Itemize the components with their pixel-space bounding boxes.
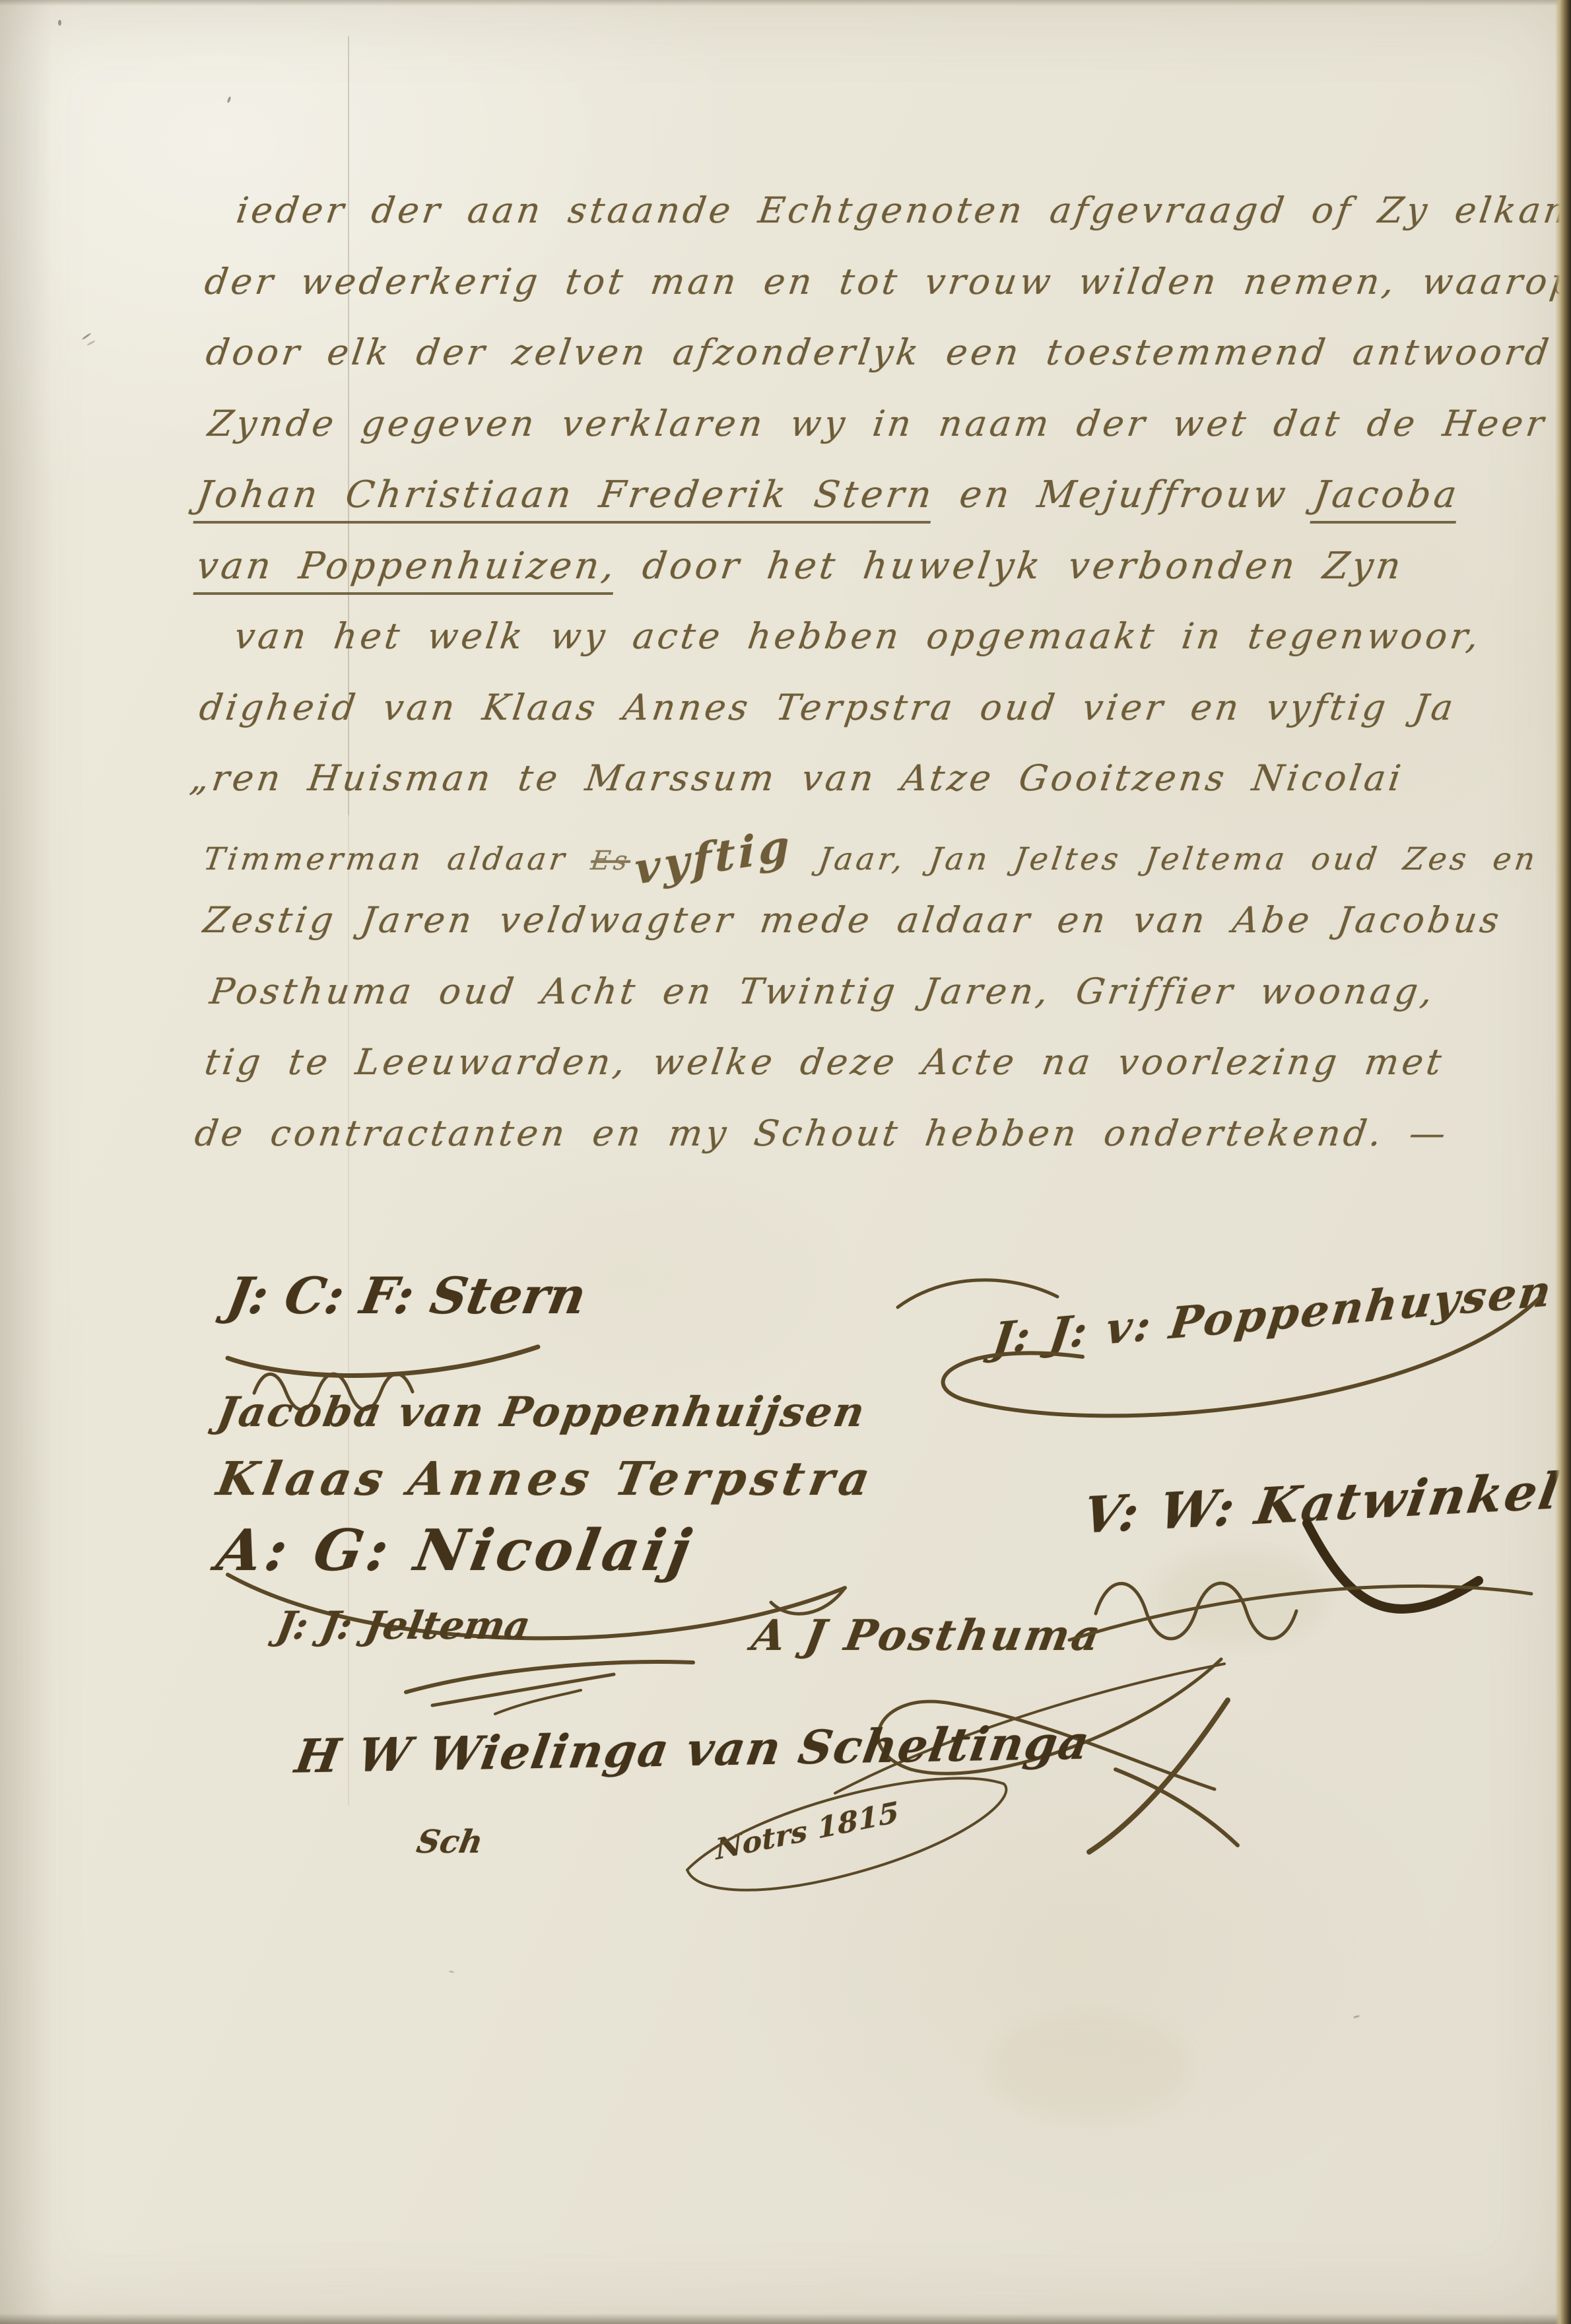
- body-line-12: Posthuma oud Acht en Twintig Jaren, Grif…: [0, 971, 1571, 1042]
- body-line-7: van het welk wy acte hebben opgemaakt in…: [0, 615, 1571, 687]
- line-text: door het huwelyk verbonden Zyn: [614, 545, 1406, 588]
- body-text: ieder der aan staande Echtgenoten afgevr…: [0, 189, 1571, 1183]
- document-scan: ieder der aan staande Echtgenoten afgevr…: [0, 0, 1571, 2324]
- line-text: digheid van Klaas Annes Terpstra oud vie…: [197, 687, 1459, 728]
- body-line-14: de contractanten en my Schout hebben ond…: [0, 1112, 1571, 1184]
- signature-scheltinga-subscript: Sch: [414, 1824, 486, 1861]
- signature-stern: J: C: F: Stern: [222, 1266, 590, 1325]
- underlined-name-bride-surname: van Poppenhuizen,: [193, 545, 620, 595]
- paper-stain: [990, 2014, 1188, 2119]
- flourish-jeltema-scribble: [396, 1643, 706, 1719]
- line-text: Zynde gegeven verklaren wy in naam der w…: [205, 403, 1549, 444]
- underlined-name-groom: Johan Christiaan Frederik Stern: [193, 473, 937, 524]
- signature-klaas-annes-terpstra: Klaas Annes Terpstra: [213, 1451, 879, 1506]
- line-text: tig te Leeuwarden, welke deze Acte na vo…: [202, 1041, 1447, 1083]
- body-line-5: Johan Christiaan Frederik Stern en Mejuf…: [0, 473, 1571, 545]
- correction-text: vyftig: [634, 819, 793, 894]
- body-line-10: Timmerman aldaar Esvyftig Jaar, Jan Jelt…: [0, 829, 1571, 900]
- flourish-katwinkel: [1056, 1513, 1545, 1662]
- line-text: der wederkerig tot man en tot vrouw wild…: [202, 261, 1571, 302]
- body-line-9: „ren Huisman te Marssum van Atze Gooitze…: [0, 757, 1571, 829]
- line-text: Jaar, Jan Jeltes Jeltema oud Zes en: [792, 841, 1540, 877]
- body-line-2: der wederkerig tot man en tot vrouw wild…: [0, 261, 1571, 332]
- body-line-6: van Poppenhuizen, door het huwelyk verbo…: [0, 545, 1571, 616]
- line-text: en Mejuffrouw: [931, 473, 1318, 516]
- scan-edge-left: [0, 0, 53, 2324]
- body-line-3: door elk der zelven afzonderlyk een toes…: [0, 331, 1571, 403]
- scan-edge-bottom: [0, 2313, 1571, 2324]
- body-line-11: Zestig Jaren veldwagter mede aldaar en v…: [0, 899, 1571, 971]
- underlined-name-bride: Jacoba: [1310, 473, 1463, 524]
- flourish-scheltinga-slashes: [1076, 1690, 1248, 1865]
- body-line-13: tig te Leeuwarden, welke deze Acte na vo…: [0, 1041, 1571, 1112]
- line-text: van het welk wy acte hebben opgemaakt in…: [232, 615, 1485, 657]
- line-text: ieder der aan staande Echtgenoten afgevr…: [234, 189, 1571, 231]
- scan-edge-right: [1555, 0, 1571, 2324]
- line-text: de contractanten en my Schout hebben ond…: [192, 1112, 1452, 1154]
- struck-text: Es: [589, 846, 632, 876]
- line-text: Timmerman aldaar: [201, 841, 594, 877]
- line-text: „ren Huisman te Marssum van Atze Gooitze…: [187, 757, 1407, 799]
- ink-speck: [58, 20, 61, 26]
- body-line-8: digheid van Klaas Annes Terpstra oud vie…: [0, 687, 1571, 758]
- line-text: Posthuma oud Acht en Twintig Jaren, Grif…: [207, 971, 1438, 1012]
- body-line-4: Zynde gegeven verklaren wy in naam der w…: [0, 403, 1571, 474]
- flourish-poppenhuysen: [885, 1233, 1564, 1448]
- signature-j-j-jeltema: J: J: Jeltema: [273, 1603, 533, 1648]
- line-text: door elk der zelven afzonderlyk een toes…: [203, 331, 1554, 373]
- scan-edge-top: [0, 0, 1571, 6]
- line-text: Zestig Jaren veldwagter mede aldaar en v…: [201, 899, 1504, 941]
- signature-jacoba-van-poppenhuijsen: Jacoba van Poppenhuijsen: [214, 1388, 871, 1436]
- body-line-1: ieder der aan staande Echtgenoten afgevr…: [0, 189, 1571, 261]
